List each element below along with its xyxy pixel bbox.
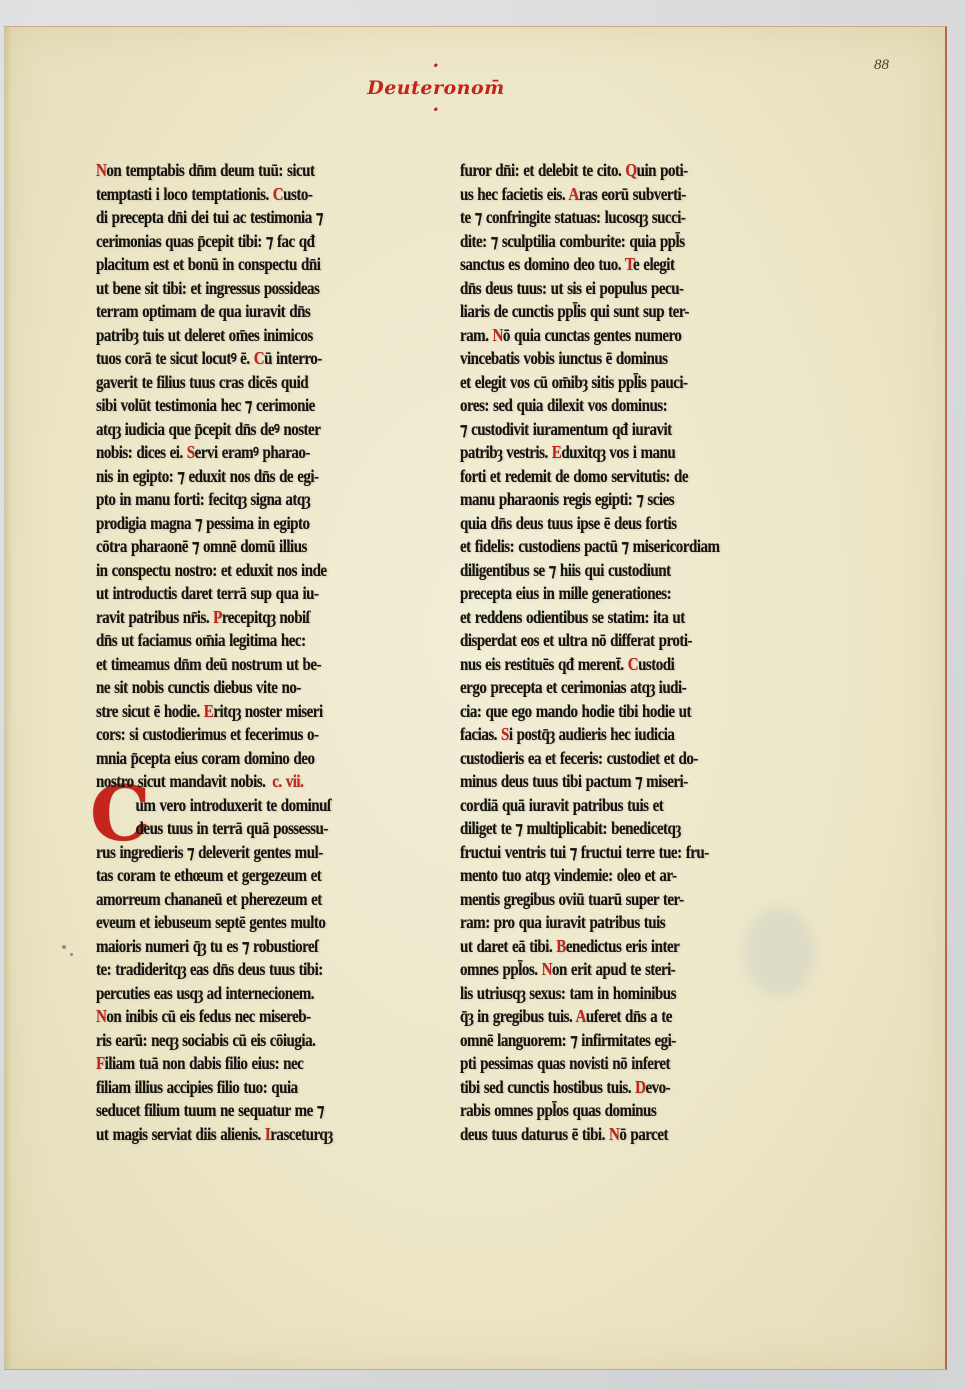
text-line: dn̄s ut faciamus om̄ia legitima hec: [96,629,354,653]
text-line: mentis gregibus oviū tuarū super ter- [460,888,718,912]
line-text: mento tuo atqȝ vindemie: oleo et ar- [460,865,677,885]
line-text: dn̄s ut faciamus om̄ia legitima hec: [96,630,306,650]
line-text: tas coram te ethœum et gergezeum et [96,865,321,885]
line-text: dite: ⁊ sculptilia comburite: quia ppl̄s [460,231,685,251]
line-text: ravit patribus nr̄is. Precepitqȝ nobiſ [96,607,309,627]
line-text: disperdat eos et ultra nō differat proti… [460,630,692,650]
line-text: dn̄s deus tuus: ut sis ei populus pecu- [460,278,684,298]
text-line: precepta eius in mille generationes: [460,582,718,606]
running-head: · Deuteronom̄ · [366,55,506,121]
text-line: eveum et iebuseum septē gentes multo [96,911,354,935]
line-text: custodieris ea et feceris: custodiet et … [460,748,698,768]
line-text: gaverit te filius tuus cras dicēs quid [96,372,308,392]
line-text: vincebatis vobis iunctus ē dominus [460,348,668,368]
text-line: mnia p̄cepta eius coram domino deo [96,747,354,771]
line-text: omnes ppl̄os. Non erit apud te steri- [460,959,675,979]
line-text: ne sit nobis cunctis diebus vite no- [96,677,301,697]
text-line: sibi volūt testimonia hec ⁊ cerimonie [96,394,354,418]
text-line: rus ingredieris ⁊ deleverit gentes mul- [96,841,354,865]
line-text: et fidelis: custodiens pactū ⁊ misericor… [460,536,720,556]
line-text: nis in egipto: ⁊ eduxit nos dn̄s de egi- [96,466,319,486]
line-text: Non temptabis dn̄m deum tuū: sicut [96,160,315,180]
text-line: temptasti i loco temptationis. Custo- [96,183,354,207]
text-line: facias. Si postq̄ȝ audieris hec iudicia [460,723,718,747]
line-text: deus tuus in terrā quā possessu- [136,818,328,838]
line-text: mnia p̄cepta eius coram domino deo [96,748,314,768]
text-line: cōtra pharaonē ⁊ omnē domū illius [96,535,354,559]
line-text: cia: que ego mando hodie tibi hodie ut [460,701,691,721]
line-text: ergo precepta et cerimonias atqȝ iudi- [460,677,686,697]
text-line: patribȝ tuis ut deleret om̄es inimicos [96,324,354,348]
text-line: deus tuus in terrā quā possessu- [96,817,354,841]
text-line: gaverit te filius tuus cras dicēs quid [96,371,354,395]
text-line: nobis: dices ei. Servi eramꝰ pharao- [96,441,354,465]
text-line: Filiam tuā non dabis filio eius: nec [96,1052,354,1076]
line-text: lis utriusqȝ sexus: tam in hominibus [460,983,676,1003]
line-text: q̄ȝ in gregibus tuis. Auferet dn̄s a te [460,1006,672,1026]
text-line: ut bene sit tibi: et ingressus possideas [96,277,354,301]
text-line: mento tuo atqȝ vindemie: oleo et ar- [460,864,718,888]
text-line: nis in egipto: ⁊ eduxit nos dn̄s de egi- [96,465,354,489]
text-line: diliget te ⁊ multiplicabit: benedicetqȝ [460,817,718,841]
text-line: di precepta dn̄i dei tui ac testimonia ⁊ [96,206,354,230]
text-line: um vero introduxerit te dominuſ [96,794,354,818]
line-text: eveum et iebuseum septē gentes multo [96,912,325,932]
line-text: ram. Nō quia cunctas gentes numero [460,325,681,345]
text-line: ris earū: neqȝ sociabis cū eis cōiugia. [96,1029,354,1053]
rubricated-capital: B [556,936,566,956]
text-line: ut introductis daret terrā sup qua iu- [96,582,354,606]
line-text: ut bene sit tibi: et ingressus possideas [96,278,319,298]
line-text: facias. Si postq̄ȝ audieris hec iudicia [460,724,674,744]
line-text: manu pharaonis regis egipti: ⁊ scies [460,489,674,509]
text-line: amorreum chananeū et pherezeum et [96,888,354,912]
ink-speck [62,945,66,949]
rubricated-capital: E [204,701,214,721]
rubricated-capital: C [273,184,283,204]
line-text: et elegit vos cū om̄ibȝ sitis ppl̄is pau… [460,372,688,392]
line-text: terram optimam de qua iuravit dn̄s [96,301,310,321]
text-line: disperdat eos et ultra nō differat proti… [460,629,718,653]
rubricated-capital: S [501,724,509,744]
text-line: atqȝ iudicia que p̄cepit dn̄s deꝰ noster [96,418,354,442]
ink-speck [70,953,73,956]
line-text: tibi sed cunctis hostibus tuis. Devo- [460,1077,670,1097]
line-text: precepta eius in mille generationes: [460,583,671,603]
line-text: diligentibus se ⁊ hiis qui custodiunt [460,560,671,580]
line-text: ram: pro qua iuravit patribus tuis [460,912,665,932]
rubricated-capital: E [552,442,562,462]
text-line: furor dn̄i: et delebit te cito. Quin pot… [460,159,718,183]
text-line: placitum est et bonū in conspectu dn̄i [96,253,354,277]
text-line: tas coram te ethœum et gergezeum et [96,864,354,888]
line-text: ut daret eā tibi. Benedictus eris inter [460,936,679,956]
rubricated-capital: F [96,1053,105,1073]
line-text: Non inibis cū eis fedus nec misereb- [96,1006,311,1026]
text-line: ores: sed quia dilexit vos dominus: [460,394,718,418]
line-text: pti pessimas quas novisti nō inferet [460,1053,670,1073]
text-line: tibi sed cunctis hostibus tuis. Devo- [460,1076,718,1100]
rubricated-capital: A [568,184,578,204]
text-line: minus deus tuus tibi pactum ⁊ miseri- [460,770,718,794]
line-text: sibi volūt testimonia hec ⁊ cerimonie [96,395,315,415]
text-line: seducet filium tuum ne sequatur me ⁊ [96,1099,354,1123]
text-line: lis utriusqȝ sexus: tam in hominibus [460,982,718,1006]
line-text: percuties eas usqȝ ad internecionem. [96,983,314,1003]
text-line: liaris de cunctis ppl̄is qui sunt sup te… [460,300,718,324]
rubricated-capital: T [625,254,633,274]
text-line: prodigia magna ⁊ pessima in egipto [96,512,354,536]
line-text: patribȝ tuis ut deleret om̄es inimicos [96,325,313,345]
line-text: sanctus es domino deo tuo. Te elegit [460,254,674,274]
line-text: us hec facietis eis. Aras eorū subverti- [460,184,686,204]
text-line: dn̄s deus tuus: ut sis ei populus pecu- [460,277,718,301]
line-text: in conspectu nostro: et eduxit nos inde [96,560,327,580]
rubricated-capital: N [96,160,106,180]
line-text: omnē languorem: ⁊ infirmitates egi- [460,1030,676,1050]
line-text: te ⁊ confringite statuas: lucosqȝ succi- [460,207,685,227]
text-line: omnē languorem: ⁊ infirmitates egi- [460,1029,718,1053]
text-line: filiam illius accipies filio tuo: quia [96,1076,354,1100]
text-line: et fidelis: custodiens pactū ⁊ misericor… [460,535,718,559]
chapter-mark: c. vii. [272,771,303,791]
text-line: maioris numeri q̄ȝ tu es ⁊ robustioreſ [96,935,354,959]
text-line: te: tradideritqȝ eas dn̄s deus tuus tibi… [96,958,354,982]
line-text: te: tradideritqȝ eas dn̄s deus tuus tibi… [96,959,323,979]
text-line: deus tuus daturus ē tibi. Nō parcet [460,1123,718,1147]
rubricated-capital: C [254,348,264,368]
rubricated-capital: A [575,1006,585,1026]
text-line: vincebatis vobis iunctus ē dominus [460,347,718,371]
line-text: minus deus tuus tibi pactum ⁊ miseri- [460,771,688,791]
line-text: et timeamus dn̄m deū nostrum ut be- [96,654,321,674]
text-line: ram. Nō quia cunctas gentes numero [460,324,718,348]
line-text: nus eis restituēs qđ merent̄. Custodi [460,654,674,674]
line-text: tuos corā te sicut locutꝰ ē. Cū interro- [96,348,322,368]
line-text: rus ingredieris ⁊ deleverit gentes mul- [96,842,323,862]
line-text: pto in manu forti: fecitqȝ signa atqȝ [96,489,310,509]
text-line: terram optimam de qua iuravit dn̄s [96,300,354,324]
line-text: ⁊ custodivit iuramentum qđ iuravit [460,419,672,439]
text-line: et reddens odientibus se statim: ita ut [460,606,718,630]
text-line: custodieris ea et feceris: custodiet et … [460,747,718,771]
line-text: nostro sicut mandavit nobis. [96,771,265,791]
text-line: in conspectu nostro: et eduxit nos inde [96,559,354,583]
text-line: forti et redemit de domo servitutis: de [460,465,718,489]
rubricated-capital: N [96,1006,106,1026]
text-line: fructui ventris tui ⁊ fructui terre tue:… [460,841,718,865]
text-line: pto in manu forti: fecitqȝ signa atqȝ [96,488,354,512]
text-line: percuties eas usqȝ ad internecionem. [96,982,354,1006]
line-text: stre sicut ē hodie. Eritqȝ noster miseri [96,701,323,721]
text-line: quia dn̄s deus tuus ipse ē deus fortis [460,512,718,536]
text-line: et elegit vos cū om̄ibȝ sitis ppl̄is pau… [460,371,718,395]
line-text: atqȝ iudicia que p̄cepit dn̄s deꝰ noster [96,419,320,439]
text-line: rabis omnes ppl̄os quas dominus [460,1099,718,1123]
line-text: temptasti i loco temptationis. Custo- [96,184,312,204]
line-text: um vero introduxerit te dominuſ [136,795,331,815]
text-line: sanctus es domino deo tuo. Te elegit [460,253,718,277]
line-text: patribȝ vestris. Eduxitqȝ vos i manu [460,442,675,462]
rubricated-capital: Q [625,160,636,180]
text-line: us hec facietis eis. Aras eorū subverti- [460,183,718,207]
line-text: cors: si custodierimus et fecerimus o- [96,724,319,744]
rubricated-capital: N [542,959,552,979]
line-text: filiam illius accipies filio tuo: quia [96,1077,298,1097]
text-line: stre sicut ē hodie. Eritqȝ noster miseri [96,700,354,724]
text-line: cerimonias quas p̄cepit tibi: ⁊ fac qđ [96,230,354,254]
line-text: seducet filium tuum ne sequatur me ⁊ [96,1100,324,1120]
rubricated-capital: C [628,654,638,674]
line-text: ut magis serviat diis alienis. Irascetur… [96,1124,332,1144]
text-line: cia: que ego mando hodie tibi hodie ut [460,700,718,724]
line-text: liaris de cunctis ppl̄is qui sunt sup te… [460,301,689,321]
line-text: cordiā quā iuravit patribus tuis et [460,795,663,815]
rubricated-capital: N [609,1124,619,1144]
line-text: placitum est et bonū in conspectu dn̄i [96,254,320,274]
text-line: Non temptabis dn̄m deum tuū: sicut [96,159,354,183]
line-text: maioris numeri q̄ȝ tu es ⁊ robustioreſ [96,936,318,956]
line-text: forti et redemit de domo servitutis: de [460,466,688,486]
line-text: et reddens odientibus se statim: ita ut [460,607,685,627]
text-column-right: furor dn̄i: et delebit te cito. Quin pot… [460,159,760,1146]
rubricated-capital: N [493,325,503,345]
text-line: ne sit nobis cunctis diebus vite no- [96,676,354,700]
text-line: tuos corā te sicut locutꝰ ē. Cū interro- [96,347,354,371]
text-line: nostro sicut mandavit nobis.c. vii. [96,770,354,794]
line-text: quia dn̄s deus tuus ipse ē deus fortis [460,513,677,533]
text-line: ravit patribus nr̄is. Precepitqȝ nobiſ [96,606,354,630]
text-line: patribȝ vestris. Eduxitqȝ vos i manu [460,441,718,465]
line-text: mentis gregibus oviū tuarū super ter- [460,889,684,909]
line-text: diliget te ⁊ multiplicabit: benedicetqȝ [460,818,680,838]
line-text: furor dn̄i: et delebit te cito. Quin pot… [460,160,688,180]
line-text: ut introductis daret terrā sup qua iu- [96,583,318,603]
text-line: ⁊ custodivit iuramentum qđ iuravit [460,418,718,442]
text-line: diligentibus se ⁊ hiis qui custodiunt [460,559,718,583]
text-line: cordiā quā iuravit patribus tuis et [460,794,718,818]
line-text: ores: sed quia dilexit vos dominus: [460,395,667,415]
text-line: ut daret eā tibi. Benedictus eris inter [460,935,718,959]
text-line: ergo precepta et cerimonias atqȝ iudi- [460,676,718,700]
line-text: prodigia magna ⁊ pessima in egipto [96,513,309,533]
rubricated-capital: I [265,1124,270,1144]
rubricated-capital: D [635,1077,645,1097]
manuscript-leaf: · Deuteronom̄ · 88 C Non temptabis dn̄m … [4,26,947,1370]
text-line: Non inibis cū eis fedus nec misereb- [96,1005,354,1029]
line-text: di precepta dn̄i dei tui ac testimonia ⁊ [96,207,323,227]
text-line: cors: si custodierimus et fecerimus o- [96,723,354,747]
line-text: cerimonias quas p̄cepit tibi: ⁊ fac qđ [96,231,314,251]
line-text: ris earū: neqȝ sociabis cū eis cōiugia. [96,1030,315,1050]
text-line: te ⁊ confringite statuas: lucosqȝ succi- [460,206,718,230]
folio-number: 88 [874,57,889,74]
line-text: cōtra pharaonē ⁊ omnē domū illius [96,536,307,556]
text-line: q̄ȝ in gregibus tuis. Auferet dn̄s a te [460,1005,718,1029]
rubricated-capital: P [213,607,222,627]
text-line: ut magis serviat diis alienis. Irascetur… [96,1123,354,1147]
text-column-left: C Non temptabis dn̄m deum tuū: sicuttemp… [96,159,396,1146]
text-line: et timeamus dn̄m deū nostrum ut be- [96,653,354,677]
line-text: nobis: dices ei. Servi eramꝰ pharao- [96,442,310,462]
line-text: Filiam tuā non dabis filio eius: nec [96,1053,303,1073]
text-line: manu pharaonis regis egipti: ⁊ scies [460,488,718,512]
line-text: amorreum chananeū et pherezeum et [96,889,322,909]
text-line: nus eis restituēs qđ merent̄. Custodi [460,653,718,677]
line-text: deus tuus daturus ē tibi. Nō parcet [460,1124,668,1144]
text-line: dite: ⁊ sculptilia comburite: quia ppl̄s [460,230,718,254]
text-line: pti pessimas quas novisti nō inferet [460,1052,718,1076]
text-line: omnes ppl̄os. Non erit apud te steri- [460,958,718,982]
rubricated-capital: S [187,442,195,462]
text-line: ram: pro qua iuravit patribus tuis [460,911,718,935]
line-text: rabis omnes ppl̄os quas dominus [460,1100,656,1120]
line-text: fructui ventris tui ⁊ fructui terre tue:… [460,842,709,862]
